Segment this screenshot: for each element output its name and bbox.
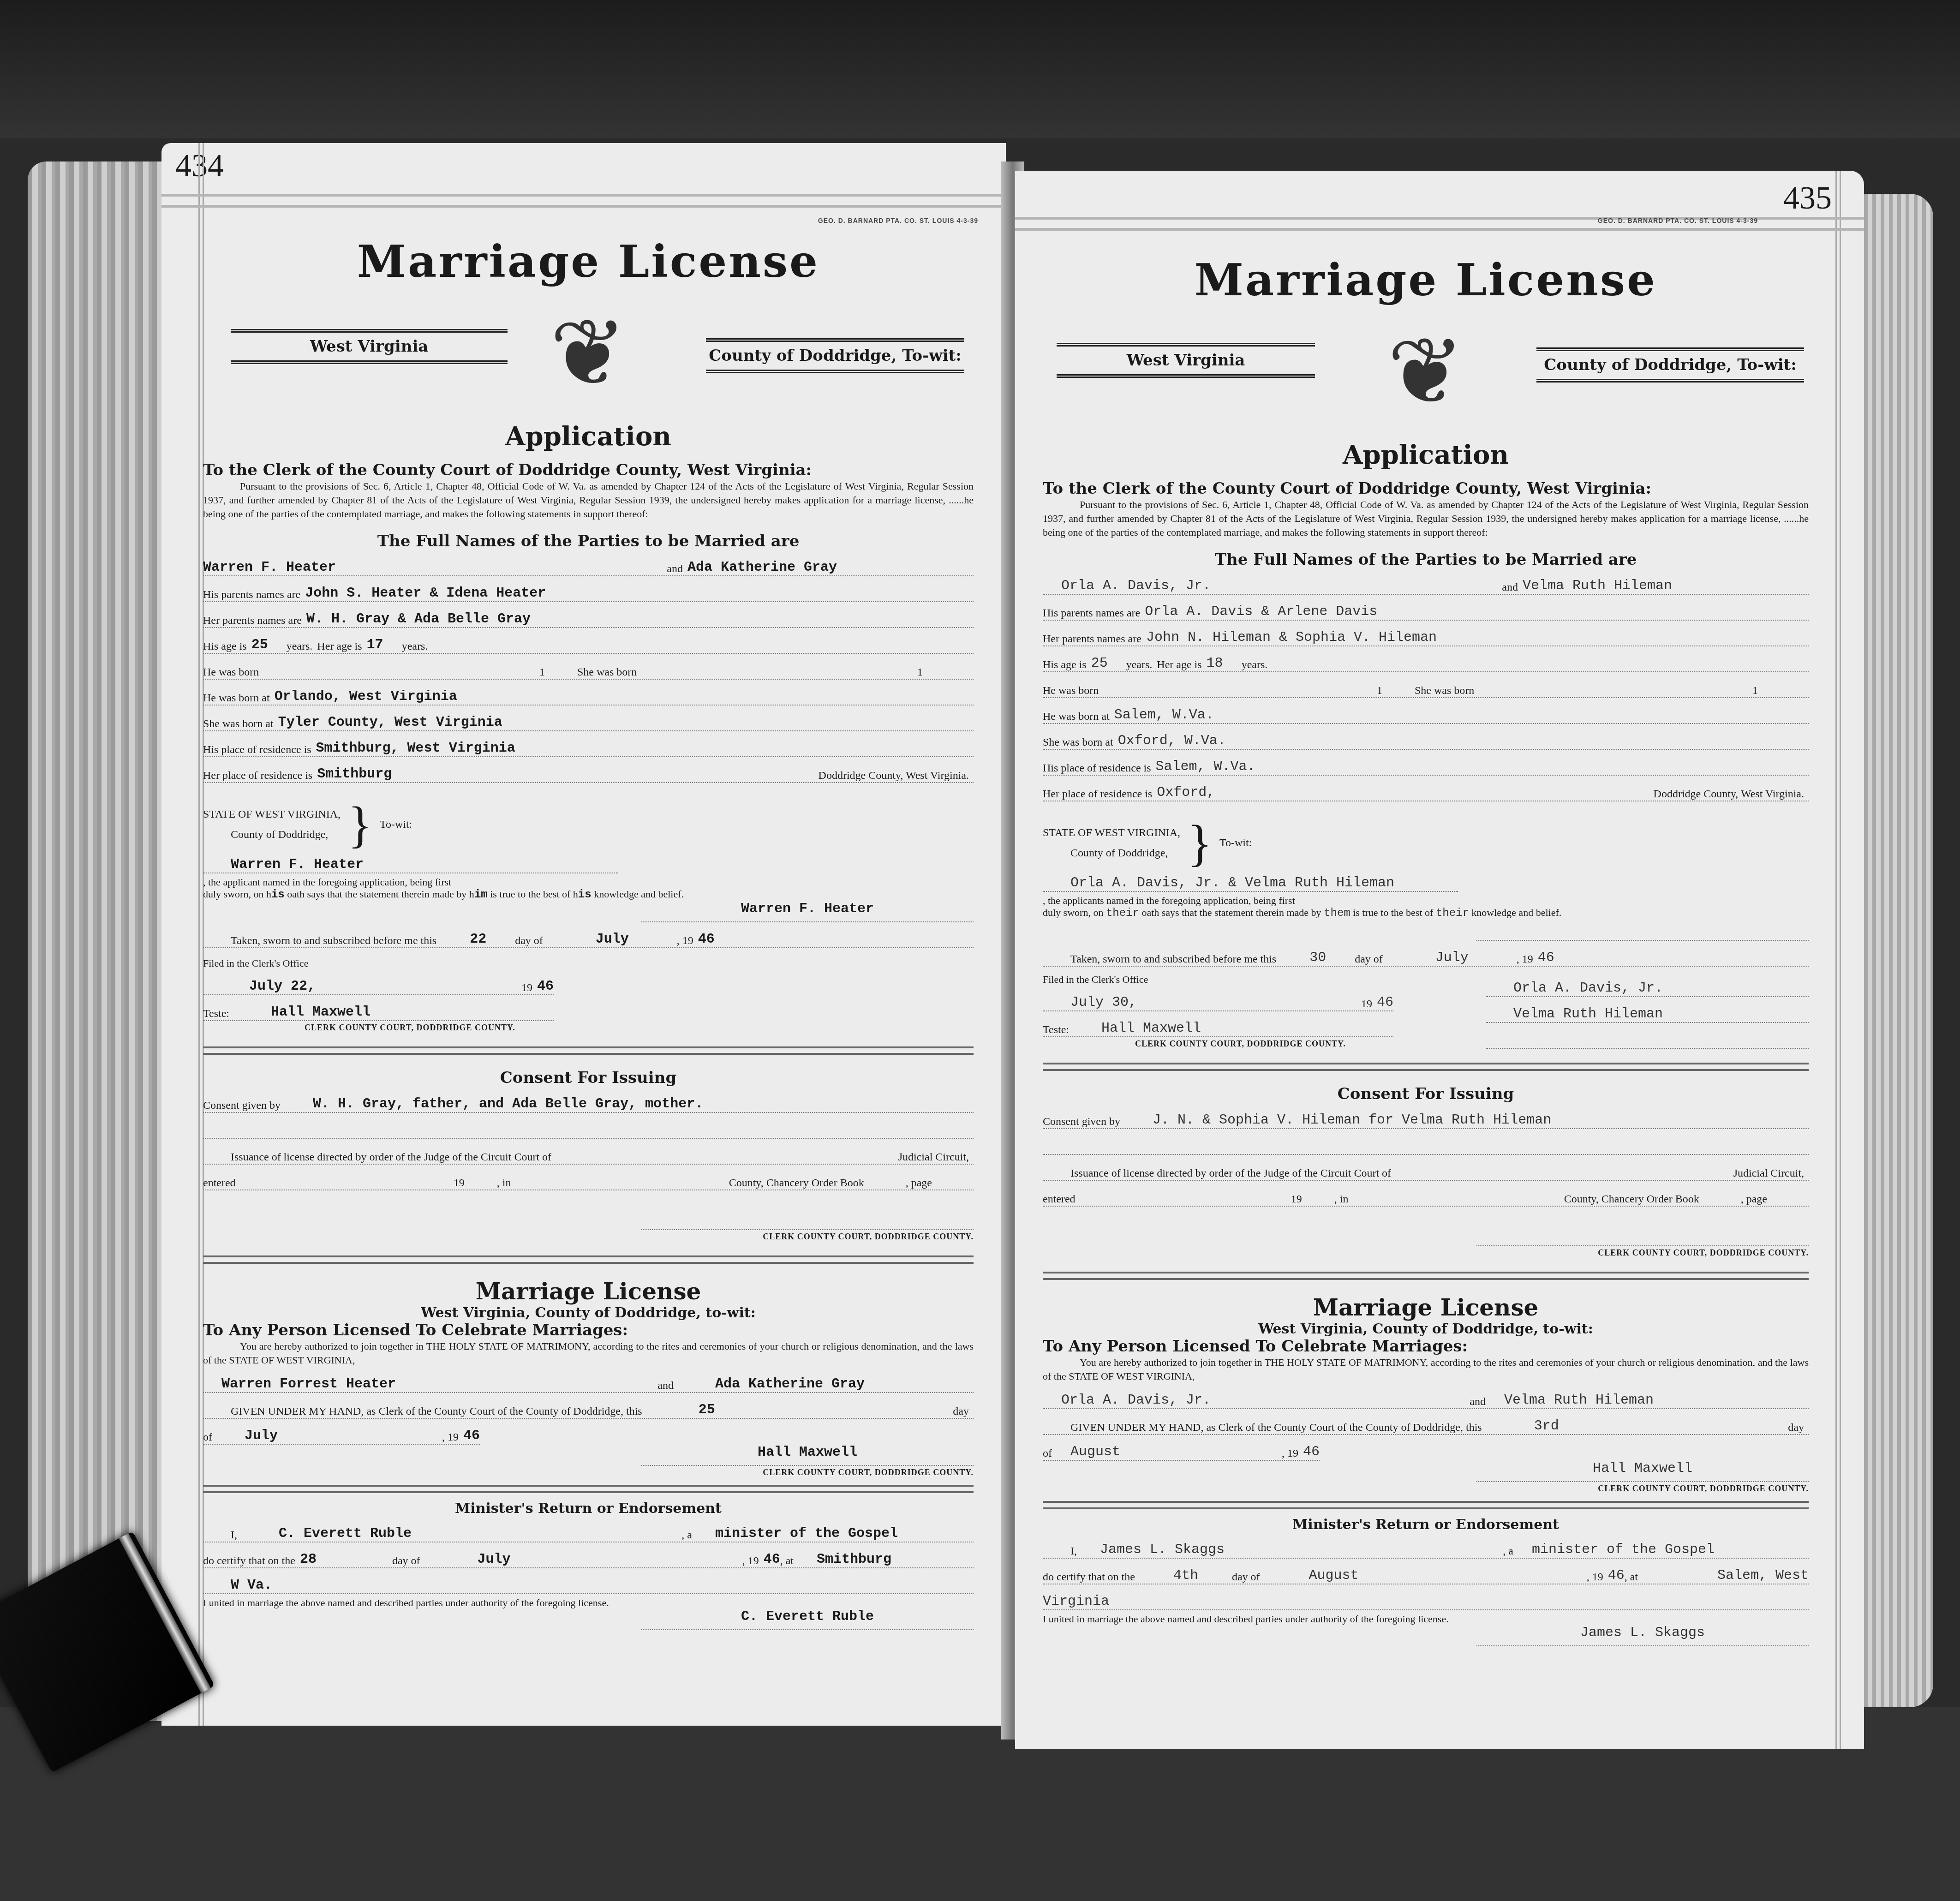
taken-year: 46 [698,932,715,947]
he-born-at: Salem, W.Va. [1114,707,1214,723]
county-suffix: Doddridge County, West Virginia. [819,770,969,782]
born-dates-line: He was born1She was born1 [203,660,974,680]
her-residence: Oxford, [1157,785,1215,801]
marbled-edge-right [1864,194,1933,1707]
his-parents-label: His parents names are [1043,607,1140,620]
consent-blank-line [203,1119,974,1139]
she-born-label: She was born [577,666,637,679]
a-label: , a [1503,1545,1513,1558]
section-divider [1043,1063,1809,1071]
applicant-line: Orla A. Davis, Jr. & Velma Ruth Hileman [1043,873,1458,892]
taken-label: Taken, sworn to and subscribed before me… [231,935,436,947]
year-prefix: , 19 [677,935,693,947]
applicant-signature: Warren F. Heater [741,901,874,917]
his-parents-line: His parents names areOrla A. Davis & Arl… [1043,601,1809,621]
license-clerk-title: CLERK COUNTY COURT, DODDRIDGE COUNTY. [1043,1484,1809,1494]
she-born-label: She was born [1415,685,1474,697]
page-label: , page [1741,1193,1767,1206]
year-prefix: , 19 [1282,1447,1298,1460]
bride-signature: Velma Ruth Hileman [1486,1006,1663,1022]
filed-date: July 30, [1043,995,1137,1010]
of-label: of [203,1431,212,1444]
license-clerk-signature-line: Hall Maxwell [641,1445,974,1466]
oath-text: , the applicant named in the foregoing a… [203,876,974,901]
towit-label: To-wit: [380,819,412,831]
taken-day: 30 [1281,950,1355,966]
affidavit-header: STATE OF WEST VIRGINIA,County of Doddrid… [1043,820,1809,866]
page-left: 434 GEO. D. BARNARD PTA. CO. ST. LOUIS 4… [161,143,1006,1726]
day-label: day [1788,1422,1804,1434]
day-of-label: day of [392,1555,420,1567]
section-divider [1043,1272,1809,1280]
given-month-line: ofJuly, 1946 [203,1425,480,1445]
county-book: County, Chancery Order Book [1564,1193,1699,1206]
applicant-suffix: , the applicant named in the foregoing a… [203,876,451,888]
return-month: July [425,1552,563,1567]
his-age-label: His age is [1043,659,1087,671]
of-label: of [1043,1447,1052,1460]
groom-name-line: Orla A. Davis, Jr.andVelma Ruth Hileman [1043,575,1809,595]
year-prefix: , 19 [1517,953,1533,966]
his-age: 25 [1091,656,1108,671]
a-label: , a [681,1529,692,1542]
bride-name: Ada Katherine Gray [687,560,974,575]
given-label: GIVEN UNDER MY HAND, as Clerk of the Cou… [231,1405,642,1418]
application-heading: Application [203,421,974,452]
license-bride: Velma Ruth Hileman [1490,1393,1809,1408]
united-text: I united in marriage the above named and… [1043,1613,1809,1625]
county-suffix: Doddridge County, West Virginia. [1654,788,1804,801]
issuance-line: Issuance of license directed by order of… [203,1145,974,1165]
blank-signature-line [1486,1029,1809,1049]
applicant-signature-line: Warren F. Heater [641,901,974,922]
entered-label: entered [1043,1193,1076,1206]
header-rule [161,194,1006,208]
given-day: 25 [647,1402,767,1418]
his-residence-line: His place of residence isSalem, W.Va. [1043,756,1809,776]
given-month: August [1057,1444,1120,1460]
her-age: 18 [1207,656,1223,671]
return-place-cont: Virginia [1043,1594,1109,1609]
he-born-at-label: He was born at [1043,711,1110,723]
page-number: 435 [1783,180,1832,217]
her-parents-line: Her parents names areJohn N. Hileman & S… [1043,627,1809,646]
consent-heading: Consent For Issuing [1043,1085,1809,1103]
return-place: Salem, West [1643,1568,1809,1584]
groom-name: Orla A. Davis, Jr. [1043,578,1211,594]
license-clerk-title: CLERK COUNTY COURT, DODDRIDGE COUNTY. [203,1468,974,1477]
cherub-icon: ❦ [1356,315,1495,430]
taken-line: Taken, sworn to and subscribed before me… [1043,947,1809,967]
license-subheading: West Virginia, County of Doddridge, to-w… [203,1305,974,1321]
taken-label: Taken, sworn to and subscribed before me… [1070,953,1276,966]
entered-line: entered19, inCounty, Chancery Order Book… [203,1171,974,1190]
nineteen: 19 [454,1177,465,1190]
license-heading: Marriage License [1043,1294,1809,1321]
teste-line: Teste:Hall Maxwell [1043,1018,1393,1037]
his-residence-line: His place of residence isSmithburg, West… [203,738,974,757]
pronoun-3: their [1436,907,1469,920]
return-place-cont: W Va. [203,1578,272,1593]
entered-line: entered19, inCounty, Chancery Order Book… [1043,1187,1809,1207]
minister-signature-line: C. Everett Ruble [641,1609,974,1630]
consent-line: Consent given byJ. N. & Sophia V. Hilema… [1043,1110,1809,1129]
preamble: Pursuant to the provisions of Sec. 6, Ar… [1043,498,1809,539]
in-label: , in [1334,1193,1349,1206]
consent-line: Consent given byW. H. Gray, father, and … [203,1094,974,1113]
filed-date-line: July 22,1946 [203,976,554,995]
at-label: , at [780,1555,794,1567]
clerk-title: CLERK COUNTY COURT, DODDRIDGE COUNTY. [1043,1039,1393,1049]
minister-line: I,C. Everett Ruble, aminister of the Gos… [203,1523,974,1542]
title-banner: West Virginia ❦ County of Doddridge, To-… [203,301,974,412]
filed-year-prefix: 19 [1361,998,1372,1010]
given-line: GIVEN UNDER MY HAND, as Clerk of the Cou… [1043,1416,1809,1435]
minister-title: minister of the Gospel [697,1526,974,1542]
his-residence-label: His place of residence is [203,744,311,756]
her-residence-line: Her place of residence isSmithburgDoddri… [203,764,974,783]
affidavit-header: STATE OF WEST VIRGINIA,County of Doddrid… [203,801,974,848]
applicant-name: Orla A. Davis, Jr. & Velma Ruth Hileman [1043,875,1394,891]
certify-label: do certify that on the [203,1555,295,1567]
given-year: 46 [463,1428,480,1444]
parties-heading: The Full Names of the Parties to be Marr… [1043,550,1809,569]
day-of-label: day of [1232,1571,1260,1584]
minister-name: James L. Skaggs [1082,1542,1225,1558]
united-text: I united in marriage the above named and… [203,1597,974,1609]
consent-given-by: W. H. Gray, father, and Ada Belle Gray, … [285,1096,703,1112]
place-cont-line: W Va. [203,1575,974,1594]
teste-line: Teste:Hall Maxwell [203,1002,554,1021]
applicant-signature-line [1476,920,1809,941]
cherub-icon: ❦ [519,297,657,412]
given-month: July [217,1428,278,1444]
pronoun-1: their [1106,907,1139,920]
taken-line: Taken, sworn to and subscribed before me… [203,929,974,948]
she-born-at: Oxford, W.Va. [1118,733,1226,749]
oath-1: duly sworn, on [1043,907,1103,918]
page-label: , page [906,1177,932,1190]
minister-signature: C. Everett Ruble [741,1609,874,1625]
years-label: years. [287,640,313,653]
title-banner: West Virginia ❦ County of Doddridge, To-… [1043,320,1809,430]
his-parents: John S. Heater & Idena Heater [305,586,546,601]
addressee: To the Clerk of the County Court of Dodd… [1043,479,1809,498]
return-month: August [1265,1568,1403,1584]
he-born-label: He was born [203,666,259,679]
consent-clerk-title: CLERK COUNTY COURT, DODDRIDGE COUNTY. [1043,1248,1809,1258]
filed-year: 46 [1377,995,1393,1010]
bride-signature-line: Velma Ruth Hileman [1486,1004,1809,1023]
county-book: County, Chancery Order Book [729,1177,864,1190]
applicant-suffix: , the applicants named in the foregoing … [1043,895,1295,906]
oath-2: oath says that the statement therein mad… [287,888,474,900]
return-year: 46 [1608,1568,1625,1584]
entered-label: entered [203,1177,236,1190]
consent-clerk-title: CLERK COUNTY COURT, DODDRIDGE COUNTY. [203,1232,974,1242]
pronoun-2: them [1324,907,1350,920]
pronoun-2: im [474,889,488,901]
state-label: STATE OF WEST VIRGINIA, [203,804,341,825]
license-body: You are hereby authorized to join togeth… [1043,1356,1809,1383]
oath-3: is true to the best of [1353,907,1433,918]
consent-label: Consent given by [1043,1116,1120,1128]
teste-name: Hall Maxwell [1074,1021,1201,1036]
and-label: and [1470,1396,1486,1408]
license-clerk-signature: Hall Maxwell [758,1445,857,1460]
towit-label: To-wit: [1219,837,1252,849]
margin-rule [1835,171,1841,1749]
and-label: and [1502,581,1518,594]
given-label: GIVEN UNDER MY HAND, as Clerk of the Cou… [1070,1422,1482,1434]
he-born-year: 1 [1377,685,1382,697]
pronoun-3: is [578,889,592,901]
groom-name: Warren F. Heater [203,560,336,575]
filed-date-line: July 30,1946 [1043,992,1393,1011]
preamble: Pursuant to the provisions of Sec. 6, Ar… [203,479,974,521]
applicant-line: Warren F. Heater [203,854,618,873]
brace: } [1188,820,1212,866]
banner-county: County of Doddridge, To-wit: [706,338,964,373]
taken-month: July [1387,950,1517,966]
taken-month: July [548,932,677,947]
banner-state: West Virginia [231,329,508,364]
return-place: Smithburg [798,1552,974,1567]
her-parents: John N. Hileman & Sophia V. Hileman [1146,630,1437,646]
return-heading: Minister's Return or Endorsement [203,1500,974,1517]
pronoun-1: is [271,889,285,901]
judicial-circuit: Judicial Circuit, [898,1151,969,1164]
teste-label: Teste: [203,1008,229,1020]
return-day: 28 [300,1552,392,1567]
oath-2: oath says that the statement therein mad… [1141,907,1321,918]
her-parents-label: Her parents names are [1043,633,1141,646]
judicial-circuit: Judicial Circuit, [1733,1167,1804,1180]
oath-1: duly sworn, on h [203,888,271,900]
license-clerk-signature-line: Hall Maxwell [1476,1461,1809,1482]
he-born-at: Orlando, West Virginia [275,689,457,705]
banner-state: West Virginia [1057,343,1315,378]
and-label: and [667,563,683,575]
taken-year: 46 [1538,950,1554,966]
minister-line: I,James L. Skaggs, aminister of the Gosp… [1043,1539,1809,1559]
his-parents: Orla A. Davis & Arlene Davis [1145,604,1377,620]
ages-line: His age is25years.Her age is17years. [203,634,974,654]
consent-given-by: J. N. & Sophia V. Hileman for Velma Ruth… [1125,1112,1551,1128]
section-divider [203,1485,974,1493]
he-born-year: 1 [539,666,545,679]
return-year: 46 [764,1552,780,1567]
filed-label: Filed in the Clerk's Office [203,957,974,969]
return-heading: Minister's Return or Endorsement [1043,1517,1809,1533]
she-born-at-label: She was born at [1043,736,1113,749]
filed-label: Filed in the Clerk's Office [1043,974,1393,986]
section-divider [203,1255,974,1264]
issuance-text: Issuance of license directed by order of… [231,1151,551,1164]
his-age: 25 [251,637,268,653]
license-names-line: Warren Forrest HeaterandAda Katherine Gr… [203,1374,974,1393]
license-groom: Warren Forrest Heater [203,1376,396,1392]
i-label: I, [1070,1545,1077,1558]
license-body: You are hereby authorized to join togeth… [203,1339,974,1367]
oath-3: is true to the best of h [490,888,578,900]
her-age-label: Her age is [1157,659,1201,671]
day-of-label: day of [515,935,543,947]
section-divider [1043,1501,1809,1509]
her-parents-label: Her parents names are [203,615,302,627]
year-prefix: , 19 [1587,1571,1603,1584]
in-label: , in [497,1177,511,1190]
license-address: To Any Person Licensed To Celebrate Marr… [203,1321,974,1339]
certify-line: do certify that on the28day ofJuly, 1946… [203,1549,974,1568]
certify-line: do certify that on the4thday ofAugust, 1… [1043,1565,1809,1584]
her-residence-line: Her place of residence isOxford,Doddridg… [1043,782,1809,801]
state-label: STATE OF WEST VIRGINIA, [1043,823,1180,843]
he-born-at-line: He was born atOrlando, West Virginia [203,686,974,705]
his-age-label: His age is [203,640,247,653]
teste-name: Hall Maxwell [234,1004,370,1020]
groom-name-line: Warren F. HeaterandAda Katherine Gray [203,557,974,576]
printer-mark: GEO. D. BARNARD PTA. CO. ST. LOUIS 4-3-3… [818,217,978,224]
he-born-label: He was born [1043,685,1099,697]
her-age: 17 [367,637,383,653]
oath-4: knowledge and belief. [594,888,684,900]
given-year: 46 [1303,1444,1320,1460]
background-top [0,0,1960,138]
minister-name: C. Everett Ruble [242,1526,412,1542]
county-label: County of Doddridge, [203,825,341,845]
issuance-line: Issuance of license directed by order of… [1043,1161,1809,1181]
oath-text: , the applicants named in the foregoing … [1043,895,1809,920]
teste-label: Teste: [1043,1024,1069,1036]
years-label: years. [402,640,428,653]
license-address: To Any Person Licensed To Celebrate Marr… [1043,1337,1809,1356]
consent-label: Consent given by [203,1100,281,1112]
application-heading: Application [1043,440,1809,470]
filed-and-signatures: Filed in the Clerk's Office July 30,1946… [1043,971,1809,1049]
taken-day: 22 [441,932,515,947]
she-born-at: Tyler County, West Virginia [278,715,502,730]
form-title: Marriage License [1043,254,1809,306]
she-born-at-label: She was born at [203,718,274,730]
minister-title: minister of the Gospel [1518,1542,1809,1558]
day-of-label: day of [1355,953,1383,966]
filed-date: July 22, [203,979,316,994]
given-month-line: ofAugust, 1946 [1043,1441,1320,1461]
and-label: and [657,1380,674,1392]
his-residence: Salem, W.Va. [1156,759,1255,775]
day-label: day [953,1405,969,1418]
filed-year-prefix: 19 [521,982,532,994]
her-residence: Smithburg [317,766,392,782]
brace: } [348,801,372,848]
his-parents-label: His parents names are [203,589,300,601]
parties-heading: The Full Names of the Parties to be Marr… [203,532,974,550]
printer-mark: GEO. D. BARNARD PTA. CO. ST. LOUIS 4-3-3… [1598,217,1758,224]
certify-label: do certify that on the [1043,1571,1135,1584]
given-day: 3rd [1487,1418,1607,1434]
section-divider [203,1046,974,1055]
year-prefix: , 19 [742,1555,759,1567]
nineteen: 19 [1291,1193,1302,1206]
license-clerk-signature: Hall Maxwell [1593,1461,1692,1477]
at-label: , at [1625,1571,1638,1584]
issuance-text: Issuance of license directed by order of… [1070,1167,1391,1180]
form-title: Marriage License [203,235,974,287]
her-age-label: Her age is [317,640,362,653]
her-parents: W. H. Gray & Ada Belle Gray [306,611,531,627]
bride-name: Velma Ruth Hileman [1523,578,1809,594]
her-parents-line: Her parents names areW. H. Gray & Ada Be… [203,609,974,628]
applicant-name: Warren F. Heater [203,857,364,873]
years-label: years. [1242,659,1268,671]
year-prefix: , 19 [442,1431,459,1444]
her-residence-label: Her place of residence is [1043,788,1152,801]
she-born-at-line: She was born atTyler County, West Virgin… [203,712,974,731]
consent-blank-line [1043,1136,1809,1155]
banner-county: County of Doddridge, To-wit: [1536,347,1804,383]
license-subheading: West Virginia, County of Doddridge, to-w… [1043,1321,1809,1337]
born-dates-line: He was born1She was born1 [1043,679,1809,698]
he-born-at-line: He was born atSalem, W.Va. [1043,705,1809,724]
he-born-at-label: He was born at [203,692,270,705]
clerk-title: CLERK COUNTY COURT, DODDRIDGE COUNTY. [203,1023,974,1033]
minister-signature-line: James L. Skaggs [1476,1625,1809,1646]
return-day: 4th [1140,1568,1232,1584]
consent-heading: Consent For Issuing [203,1069,974,1087]
his-parents-line: His parents names areJohn S. Heater & Id… [203,583,974,602]
his-residence: Smithburg, West Virginia [316,741,515,756]
consent-clerk-signature [641,1209,974,1230]
she-born-year: 1 [1752,685,1758,697]
license-names-line: Orla A. Davis, Jr.andVelma Ruth Hileman [1043,1390,1809,1409]
license-heading: Marriage License [203,1278,974,1305]
i-label: I, [231,1529,237,1542]
given-line: GIVEN UNDER MY HAND, as Clerk of the Cou… [203,1399,974,1419]
his-residence-label: His place of residence is [1043,762,1151,775]
consent-clerk-signature [1476,1225,1809,1246]
license-groom: Orla A. Davis, Jr. [1043,1393,1211,1408]
ages-line: His age is25years.Her age is18years. [1043,653,1809,672]
addressee: To the Clerk of the County Court of Dodd… [203,461,974,479]
oath-4: knowledge and belief. [1471,907,1561,918]
she-born-at-line: She was born atOxford, W.Va. [1043,730,1809,750]
marbled-edge-left [28,161,161,1721]
place-cont-line: Virginia [1043,1591,1809,1610]
groom-signature-line: Orla A. Davis, Jr. [1486,978,1809,997]
county-label: County of Doddridge, [1043,843,1180,863]
minister-signature: James L. Skaggs [1580,1625,1705,1641]
she-born-year: 1 [917,666,923,679]
license-bride: Ada Katherine Gray [678,1376,974,1392]
page-right: 435 GEO. D. BARNARD PTA. CO. ST. LOUIS 4… [1015,171,1864,1749]
filed-year: 46 [537,979,554,994]
ledger-book: 434 GEO. D. BARNARD PTA. CO. ST. LOUIS 4… [28,134,1933,1740]
her-residence-label: Her place of residence is [203,770,312,782]
groom-signature: Orla A. Davis, Jr. [1486,980,1663,996]
years-label: years. [1126,659,1153,671]
